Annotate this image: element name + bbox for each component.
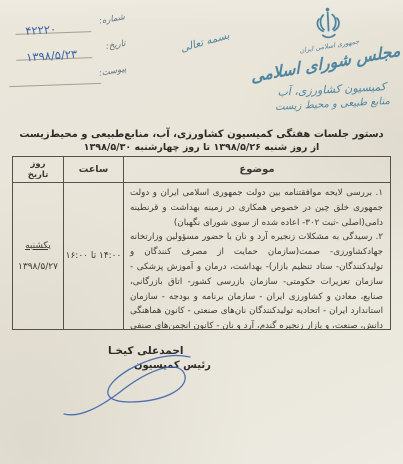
iran-emblem-icon xyxy=(312,4,344,42)
time-header: ساعت xyxy=(64,157,124,183)
table-row: ۱. بررسی لایحه موافقتنامه بین دولت جمهور… xyxy=(13,183,391,330)
day-header: روز تاریخ xyxy=(13,157,64,183)
letter-meta-block: شماره: ۴۲۲۲۰ تاریخ: ۱۳۹۸/۵/۲۳ پیوست: xyxy=(3,9,134,91)
table-header-row: موضوع ساعت روز تاریخ xyxy=(13,157,391,183)
day-header-line2: تاریخ xyxy=(13,170,63,181)
signer-title: رئیس کمیسیون xyxy=(134,360,216,371)
subject-text: ۱. بررسی لایحه موافقتنامه بین دولت جمهور… xyxy=(124,183,390,329)
time-cell: ۱۴:۰۰ تا ۱۶:۰۰ xyxy=(64,183,124,330)
date-label: تاریخ: xyxy=(105,39,126,52)
document-title: دستور جلسات هفتگی کمیسیون کشاورزی، آب، م… xyxy=(0,129,403,153)
attachment-line xyxy=(9,83,101,87)
attachment-label: پیوست: xyxy=(98,64,127,79)
agenda-item-1: ۱. بررسی لایحه موافقتنامه بین دولت جمهور… xyxy=(130,186,383,230)
document-title-line1: دستور جلسات هفتگی کمیسیون کشاورزی، آب، م… xyxy=(0,129,403,140)
document-title-line2: از روز شنبه ۱۳۹۸/۵/۲۶ تا روز چهارشنبه ۱۳… xyxy=(0,142,403,153)
agenda-table: موضوع ساعت روز تاریخ ۱. بررسی لایحه مواف… xyxy=(12,156,391,330)
letterhead: جمهوری اسلامی ایران مجلس شورای اسلامی کم… xyxy=(256,1,403,113)
date-handwritten-value: ۱۳۹۸/۵/۲۳ xyxy=(26,47,78,65)
scanned-letter-page: جمهوری اسلامی ایران مجلس شورای اسلامی کم… xyxy=(0,0,403,464)
subject-header: موضوع xyxy=(124,157,391,183)
subject-cell: ۱. بررسی لایحه موافقتنامه بین دولت جمهور… xyxy=(124,183,391,330)
bismillah-calligraphy: بسمه تعالی xyxy=(175,28,234,56)
day-cell: یکشنبه ۱۳۹۸/۵/۲۷ xyxy=(13,183,64,330)
day-name: یکشنبه xyxy=(25,241,51,251)
number-handwritten-value: ۴۲۲۲۰ xyxy=(25,22,57,38)
signature-block: احمدعلی کیخـا رئیس کمیسیون xyxy=(108,345,216,371)
day-header-line1: روز xyxy=(13,159,63,170)
agenda-item-2: ۲. رسیدگی به مشکلات زنجیره آرد و نان با … xyxy=(130,230,383,329)
meta-attachment-row: پیوست: xyxy=(4,61,133,91)
signer-name: احمدعلی کیخـا xyxy=(108,345,216,357)
number-label: شماره: xyxy=(98,12,125,26)
day-date: ۱۳۹۸/۵/۲۷ xyxy=(13,262,63,272)
